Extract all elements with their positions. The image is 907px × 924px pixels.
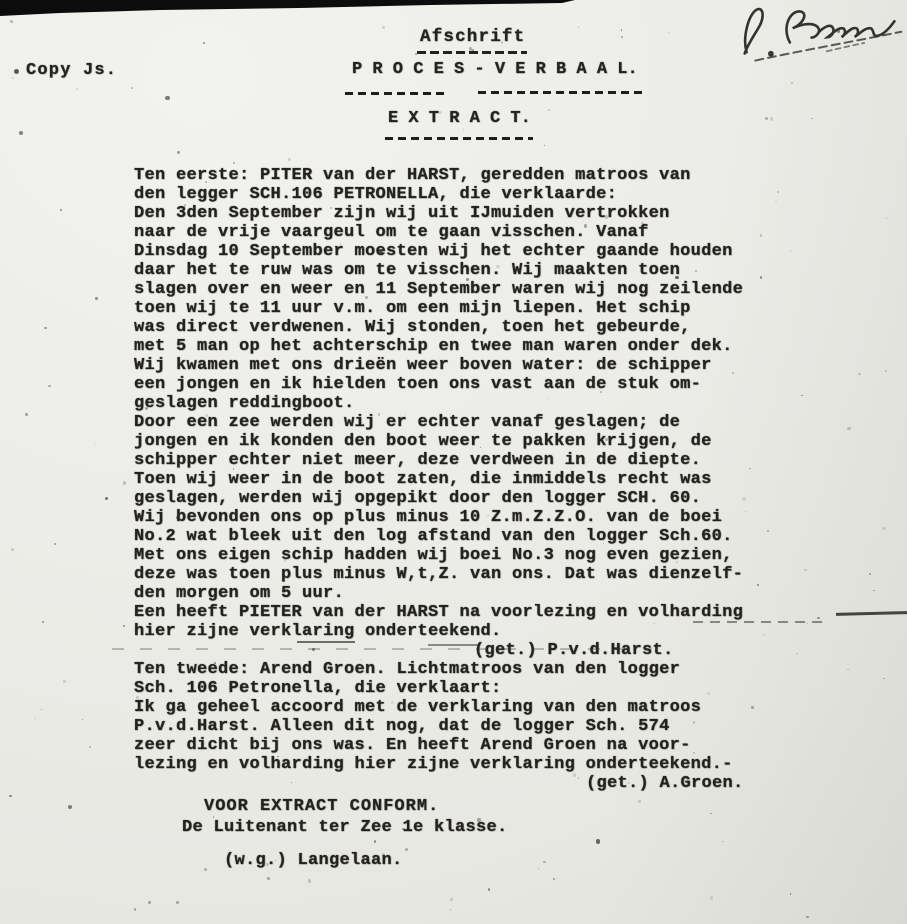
document-heading: P R O C E S - V E R B A A L. xyxy=(352,60,638,79)
scan-artifact-top-streak xyxy=(0,0,575,17)
document-line: Toen wij weer in de boot zaten, die inmi… xyxy=(134,470,834,489)
signature-line-groen: (get.) A.Groen. xyxy=(134,774,834,793)
document-body: Ten eerste: PITER van der HARST, geredde… xyxy=(134,166,834,793)
document-line: Sch. 106 Petronella, die verklaart: xyxy=(134,679,834,698)
document-line: den legger SCH.106 PETRONELLA, die verkl… xyxy=(134,185,834,204)
document-line: naar de vrije vaargeul om te gaan vissch… xyxy=(134,223,834,242)
document-line: Den 3den September zijn wij uit IJmuiden… xyxy=(134,204,834,223)
handwritten-signature xyxy=(726,0,907,72)
document-footer: VOOR EXTRACT CONFORM. De Luitenant ter Z… xyxy=(134,796,508,871)
document-line: Wij kwamen met ons drieën weer boven wat… xyxy=(134,356,834,375)
document-line: Dinsdag 10 September moesten wij het ech… xyxy=(134,242,834,261)
document-line: geslagen, werden wij opgepikt door den l… xyxy=(134,489,834,508)
document-line: Ten tweede: Arend Groen. Lichtmatroos va… xyxy=(134,660,834,679)
signature-line-harst: (get.) P.v.d.Harst. xyxy=(134,641,834,660)
document-line: schipper echter niet meer, deze verdween… xyxy=(134,451,834,470)
document-subheading: E X T R A C T. xyxy=(388,109,531,128)
document-line: zeer dicht bij ons was. En heeft Arend G… xyxy=(134,736,834,755)
document-line: Wij bevonden ons op plus minus 10 Z.m.Z.… xyxy=(134,508,834,527)
document-line: met 5 man op het achterschip en twee man… xyxy=(134,337,834,356)
document-line: den morgen om 5 uur. xyxy=(134,584,834,603)
ink-smudge xyxy=(297,641,355,643)
document-line: een jongen en ik hielden toen ons vast a… xyxy=(134,375,834,394)
ink-smudge xyxy=(836,611,907,616)
copy-annotation: Copy Js. xyxy=(26,61,117,80)
document-line: Met ons eigen schip hadden wij boei No.3… xyxy=(134,546,834,565)
footer-rank-line: De Luitenant ter Zee 1e klasse. xyxy=(134,817,508,838)
heading-dashed-underline-left xyxy=(345,92,449,95)
scanned-paper-sheet: Copy Js. Afschrift P R O C E S - V E R B… xyxy=(0,0,907,924)
document-line: P.v.d.Harst. Alleen dit nog, dat de logg… xyxy=(134,717,834,736)
statement-first: Ten eerste: PITER van der HARST, geredde… xyxy=(134,166,834,641)
ink-smudge xyxy=(693,621,825,623)
heading-dashed-underline-right xyxy=(478,91,642,94)
document-line: No.2 wat bleek uit den log afstand van d… xyxy=(134,527,834,546)
ink-smudge xyxy=(428,644,480,646)
document-line: geslagen reddingboot. xyxy=(134,394,834,413)
document-line: jongen en ik konden den boot weer te pak… xyxy=(134,432,834,451)
document-title: Afschrift xyxy=(420,27,525,47)
title-dashed-underline xyxy=(417,51,527,54)
document-line: deze was toen plus minus W,t,Z. van ons.… xyxy=(134,565,834,584)
document-line: hier zijne verklaring onderteekend. xyxy=(134,622,834,641)
document-line: Ik ga geheel accoord met de verklaring v… xyxy=(134,698,834,717)
document-line: slagen over en weer en 11 September ware… xyxy=(134,280,834,299)
document-line: daar het te ruw was om te visschen. Wij … xyxy=(134,261,834,280)
document-line: toen wij te 11 uur v.m. om een mijn liep… xyxy=(134,299,834,318)
footer-conform-line: VOOR EXTRACT CONFORM. xyxy=(134,796,508,817)
document-line: Door een zee werden wij er echter vanaf … xyxy=(134,413,834,432)
document-line: Ten eerste: PITER van der HARST, geredde… xyxy=(134,166,834,185)
statement-second: Ten tweede: Arend Groen. Lichtmatroos va… xyxy=(134,660,834,774)
ink-smudge xyxy=(112,648,652,650)
document-line: was direct verdwenen. Wij stonden, toen … xyxy=(134,318,834,337)
subheading-dashed-underline xyxy=(385,137,533,140)
footer-signed-line: (w.g.) Langelaan. xyxy=(134,850,508,871)
document-line: Een heeft PIETER van der HARST na voorle… xyxy=(134,603,834,622)
document-line: lezing en volharding hier zijne verklari… xyxy=(134,755,834,774)
